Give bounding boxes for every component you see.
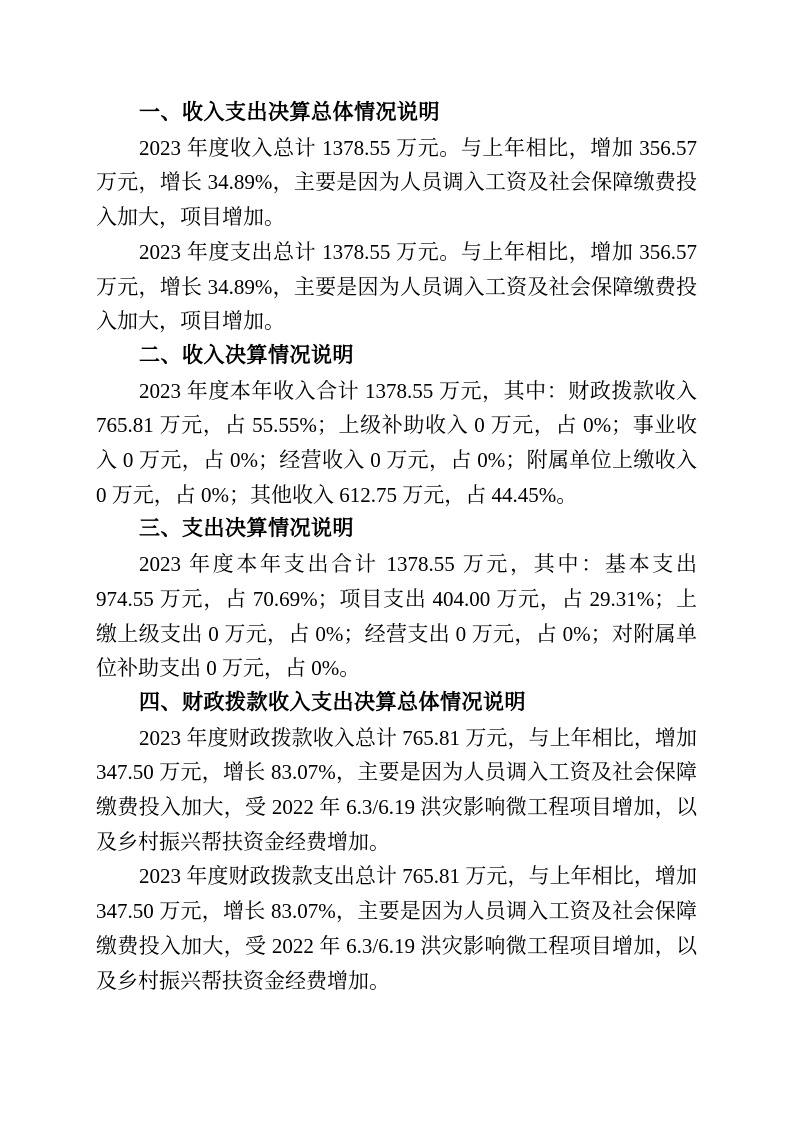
section-4-paragraph-1: 2023 年度财政拨款收入总计 765.81 万元，与上年相比，增加 347.5… [96,721,697,860]
section-3-paragraph-1: 2023 年度本年支出合计 1378.55 万元，其中：基本支出 974.55 … [96,547,697,686]
section-4-paragraph-2: 2023 年度财政拨款支出总计 765.81 万元，与上年相比，增加 347.5… [96,859,697,998]
document-page: 一、收入支出决算总体情况说明 2023 年度收入总计 1378.55 万元。与上… [0,0,793,1122]
section-1-paragraph-1: 2023 年度收入总计 1378.55 万元。与上年相比，增加 356.57 万… [96,131,697,235]
section-1-heading: 一、收入支出决算总体情况说明 [96,96,697,131]
section-1-paragraph-2: 2023 年度支出总计 1378.55 万元。与上年相比，增加 356.57 万… [96,235,697,339]
section-2-paragraph-1: 2023 年度本年收入合计 1378.55 万元，其中：财政拨款收入 765.8… [96,374,697,513]
section-4-heading: 四、财政拨款收入支出决算总体情况说明 [96,686,697,721]
section-2-heading: 二、收入决算情况说明 [96,339,697,374]
document-content: 一、收入支出决算总体情况说明 2023 年度收入总计 1378.55 万元。与上… [96,96,697,998]
section-3-heading: 三、支出决算情况说明 [96,512,697,547]
